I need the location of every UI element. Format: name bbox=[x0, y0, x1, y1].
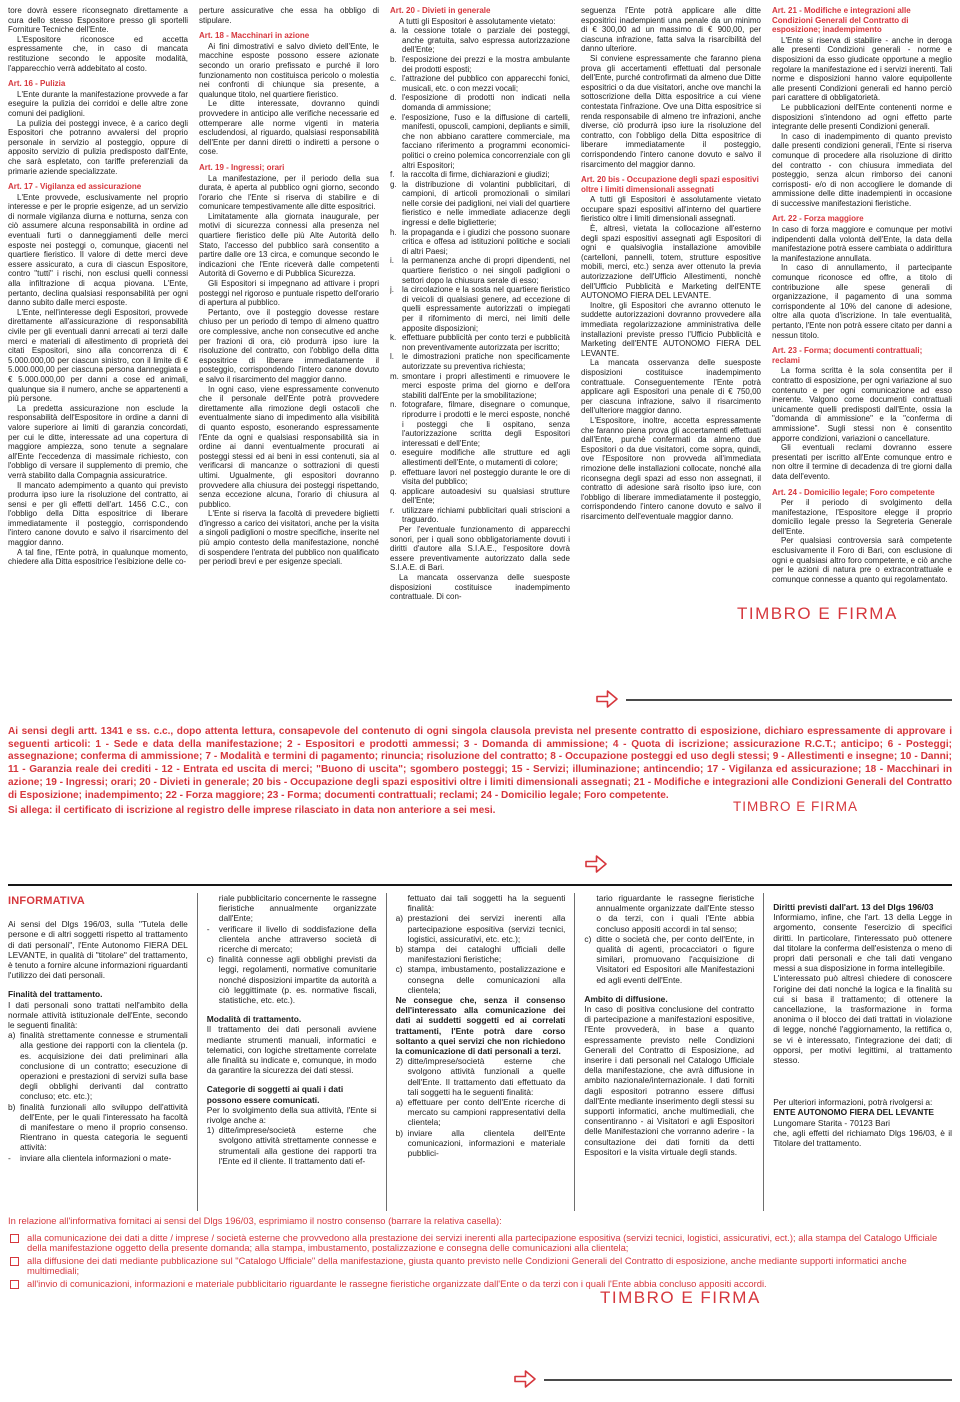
paragraph: Per lo svolgimento della sua attività, l… bbox=[207, 1105, 377, 1125]
article-heading: Art. 19 - Ingressi; orari bbox=[199, 163, 379, 173]
cut-here-arrow-icon bbox=[594, 686, 620, 712]
list-item-text: finalità funzionali allo sviluppo dell'a… bbox=[20, 1102, 188, 1153]
paragraph: Lungomare Starita - 70123 Bari bbox=[773, 1118, 952, 1128]
list-item: a.la cessione totale o parziale dei post… bbox=[390, 26, 570, 55]
list-item: i.la permanenza anche di propri dipenden… bbox=[390, 256, 570, 285]
informativa-section: INFORMATIVAAi sensi del Dlgs 196/03, sul… bbox=[8, 893, 952, 1211]
list-marker: c) bbox=[584, 934, 596, 985]
list-marker: b) bbox=[396, 1128, 408, 1159]
list-item-text: l'esposizione di prodotti non indicati n… bbox=[402, 93, 570, 112]
list-item: j.la circolazione e la sosta nel quartie… bbox=[390, 285, 570, 333]
list-marker: a) bbox=[396, 913, 408, 944]
contract-column-4: seguenza l'Ente potrà applicare alle dit… bbox=[581, 6, 761, 658]
paragraph: A tutti gli Espositori è assolutamente v… bbox=[581, 195, 761, 224]
paragraph: Gli eventuali reclami dovranno essere pr… bbox=[772, 443, 952, 481]
paragraph: tario riguardante le rassegne fieristich… bbox=[584, 893, 754, 934]
list-marker: l. bbox=[390, 352, 402, 371]
list-item-text: l'esposizione dei prezzi e la mostra amb… bbox=[402, 55, 570, 74]
contract-column-1: tore dovrà essere riconsegnato direttame… bbox=[8, 6, 188, 658]
list-item-text: prestazioni dei servizi inerenti alla pa… bbox=[408, 913, 566, 944]
consent-checkbox[interactable] bbox=[10, 1234, 19, 1243]
paragraph: In caso di inadempimento di quanto previ… bbox=[772, 132, 952, 209]
paragraph: Ai fini dimostrativi e salvo divieto del… bbox=[199, 42, 379, 100]
paragraph: I dati personali sono trattati nell'ambi… bbox=[8, 1000, 188, 1031]
list-item: d.l'esposizione di prodotti non indicati… bbox=[390, 93, 570, 112]
bold-paragraph: ENTE AUTONOMO FIERA DEL LEVANTE bbox=[773, 1107, 952, 1117]
paragraph: tore dovrà essere riconsegnato direttame… bbox=[8, 6, 188, 35]
paragraph: La forma scritta è la sola consentita pe… bbox=[772, 366, 952, 443]
paragraph: Per qualsiasi controversia sarà competen… bbox=[772, 536, 952, 584]
consent-intro: In relazione all'informativa fornitaci a… bbox=[8, 1216, 952, 1226]
stamp-signature-label: TIMBRO E FIRMA bbox=[733, 799, 858, 814]
list-item-text: fotografare, filmare, disegnare o comunq… bbox=[402, 400, 570, 448]
paragraph: L'Espositore, inoltre, accetta espressam… bbox=[581, 416, 761, 522]
informativa-title: INFORMATIVA bbox=[8, 896, 188, 906]
paragraph: Inoltre, gli Espositori che avranno otte… bbox=[581, 301, 761, 359]
list-marker: g. bbox=[390, 180, 402, 228]
consent-item-text: alla comunicazione dei dati a ditte / im… bbox=[27, 1233, 952, 1253]
list-marker: a) bbox=[8, 1030, 20, 1101]
list-marker: d. bbox=[390, 93, 402, 112]
list-marker: c) bbox=[207, 954, 219, 1005]
list-marker: 1) bbox=[207, 1125, 219, 1166]
paragraph: In caso di forza maggiore e comunque per… bbox=[772, 225, 952, 263]
paragraph: In caso di annullamento, il partecipante… bbox=[772, 263, 952, 340]
paragraph: Le ditte interessate, dovranno quindi pr… bbox=[199, 99, 379, 157]
article-heading: Art. 22 - Forza maggiore bbox=[772, 214, 952, 224]
list-item: 2)ditte/imprese/società esterne che svol… bbox=[396, 1056, 566, 1097]
bold-paragraph: Ne consegue che, senza il consenso dell'… bbox=[396, 995, 566, 1056]
list-marker: h. bbox=[390, 228, 402, 257]
consent-item-2: alla diffusione dei dati mediante pubbli… bbox=[8, 1256, 952, 1276]
article-heading: Art. 17 - Vigilanza ed assicurazione bbox=[8, 182, 188, 192]
list-marker: a. bbox=[390, 26, 402, 55]
list-marker: j. bbox=[390, 285, 402, 333]
list-item-text: utilizzare richiami pubblicitari quali s… bbox=[402, 506, 570, 525]
subsection-heading: Diritti previsti dall'art. 13 del Dlgs 1… bbox=[773, 902, 952, 912]
paragraph: che, agli effetti del richiamato Dlgs 19… bbox=[773, 1128, 952, 1148]
contract-conditions-page: tore dovrà essere riconsegnato direttame… bbox=[0, 0, 960, 1402]
list-item-text: la cessione totale o parziale dei posteg… bbox=[402, 26, 570, 55]
article-heading: Art. 18 - Macchinari in azione bbox=[199, 31, 379, 41]
list-marker: q. bbox=[390, 487, 402, 506]
list-marker: - bbox=[8, 1153, 20, 1163]
paragraph: seguenza l'Ente potrà applicare alle dit… bbox=[581, 6, 761, 54]
list-marker: k. bbox=[390, 333, 402, 352]
contract-column-3: Art. 20 - Divieti in generaleA tutti gli… bbox=[390, 6, 570, 658]
consent-item-text: all'invio di comunicazioni, informazioni… bbox=[27, 1279, 952, 1289]
consent-item-text: alla diffusione dei dati mediante pubbli… bbox=[27, 1256, 952, 1276]
list-item-text: l'attrazione del pubblico con apparecchi… bbox=[402, 74, 570, 93]
paragraph: Le pubblicazioni dell'Ente contenenti no… bbox=[772, 103, 952, 132]
attachment-note: Si allega: il certificato di iscrizione … bbox=[8, 805, 495, 816]
list-item: o.eseguire modifiche alle strutture ed a… bbox=[390, 448, 570, 467]
list-item: a)finalità strettamente connesse e strum… bbox=[8, 1030, 188, 1101]
contract-articles-section: tore dovrà essere riconsegnato direttame… bbox=[8, 6, 952, 658]
informativa-column-4: tario riguardante le rassegne fieristich… bbox=[574, 893, 763, 1211]
list-item-text: finalità strettamente connesse e strumen… bbox=[20, 1030, 188, 1101]
contract-column-5: Art. 21 - Modifiche e integrazioni alle … bbox=[772, 6, 952, 658]
list-item: g.la distribuzione di volantini pubblici… bbox=[390, 180, 570, 228]
list-marker: o. bbox=[390, 448, 402, 467]
paragraph: Limitatamente alla giornata inaugurale, … bbox=[199, 212, 379, 279]
paragraph: Per l'eventuale funzionamento di apparec… bbox=[390, 525, 570, 573]
list-marker: p. bbox=[390, 468, 402, 487]
paragraph: Gli Espositori si impegnano ad attivare … bbox=[199, 279, 379, 308]
list-item-text: l'esposizione, l'uso e la diffusione di … bbox=[402, 113, 570, 171]
paragraph: La mancata osservanza delle suesposte di… bbox=[390, 573, 570, 602]
list-item-text: effettuare per conto dell'Ente ricerche … bbox=[408, 1097, 566, 1128]
list-item-text: la propaganda e i giudizi che possono su… bbox=[402, 228, 570, 257]
paragraph: Informiamo, infine, che l'art. 13 della … bbox=[773, 912, 952, 973]
paragraph: L'Ente, nell'interesse degli Espositori,… bbox=[8, 308, 188, 404]
list-item: c)finalità connesse agli obblighi previs… bbox=[207, 954, 377, 1005]
list-item: l.le dimostrazioni pratiche non specific… bbox=[390, 352, 570, 371]
list-item-text: verificare il livello di soddisfazione d… bbox=[219, 924, 377, 955]
article-heading: Art. 16 - Pulizia bbox=[8, 79, 188, 89]
list-marker: f. bbox=[390, 170, 402, 180]
list-marker: 2) bbox=[396, 1056, 408, 1097]
section-divider-rule bbox=[8, 884, 952, 886]
list-item-text: stampa dei cataloghi ufficiali delle man… bbox=[408, 944, 566, 964]
list-item-text: la distribuzione di volantini pubblicita… bbox=[402, 180, 570, 228]
paragraph: Pertanto, ove il posteggio dovesse resta… bbox=[199, 308, 379, 385]
paragraph: In ogni caso, viene espressamente conven… bbox=[199, 385, 379, 510]
list-item: b.l'esposizione dei prezzi e la mostra a… bbox=[390, 55, 570, 74]
list-item: c)stampa, imbustamento, postalizzazione … bbox=[396, 964, 566, 995]
subsection-heading: Finalità del trattamento. bbox=[8, 989, 188, 999]
list-item-text: finalità connesse agli obblighi previsti… bbox=[219, 954, 377, 1005]
paragraph: L'Ente si riserva la facoltà di preveder… bbox=[199, 509, 379, 567]
list-marker: c. bbox=[390, 74, 402, 93]
list-item-text: applicare autoadesivi su qualsiasi strut… bbox=[402, 487, 570, 506]
list-item: r.utilizzare richiami pubblicitari quali… bbox=[390, 506, 570, 525]
list-marker: b) bbox=[396, 944, 408, 964]
paragraph: La pulizia dei posteggi invece, è a cari… bbox=[8, 119, 188, 177]
paragraph: fettuato dai tali soggetti ha la seguent… bbox=[396, 893, 566, 913]
list-item-text: le dimostrazioni pratiche non specificam… bbox=[402, 352, 570, 371]
cut-line bbox=[544, 1379, 952, 1381]
list-marker: c) bbox=[396, 964, 408, 995]
list-item: p.effettuare lavori nel posteggio durant… bbox=[390, 468, 570, 487]
list-item: f.la raccolta di firme, dichiarazioni e … bbox=[390, 170, 570, 180]
stamp-signature-label: TIMBRO E FIRMA bbox=[737, 604, 898, 624]
article-heading: Art. 24 - Domicilio legale; Foro compete… bbox=[772, 488, 952, 498]
informativa-column-2: riale pubblicitario concernente le rasse… bbox=[197, 893, 386, 1211]
list-item: q.applicare autoadesivi su qualsiasi str… bbox=[390, 487, 570, 506]
paragraph: La predetta assicurazione non esclude la… bbox=[8, 404, 188, 481]
approval-clause-text: Ai sensi degli artt. 1341 e ss. c.c., do… bbox=[8, 726, 952, 802]
list-item-text: ditte o società che, per conto dell'Ente… bbox=[596, 934, 754, 985]
paragraph: Per il periodo di svolgimento della mani… bbox=[772, 498, 952, 536]
list-item: c)ditte o società che, per conto dell'En… bbox=[584, 934, 754, 985]
list-marker: e. bbox=[390, 113, 402, 171]
list-item: -inviare alla clientela informazioni o m… bbox=[8, 1153, 188, 1163]
list-item: b)finalità funzionali allo sviluppo dell… bbox=[8, 1102, 188, 1153]
list-item: -verificare il livello di soddisfazione … bbox=[207, 924, 377, 955]
consent-checkbox[interactable] bbox=[10, 1257, 19, 1266]
cut-here-arrow-icon bbox=[583, 851, 609, 877]
consent-checkbox[interactable] bbox=[10, 1280, 19, 1289]
paragraph: Si conviene espressamente che faranno pi… bbox=[581, 54, 761, 169]
list-marker: a) bbox=[396, 1097, 408, 1128]
paragraph: L'Ente durante la manifestazione provved… bbox=[8, 90, 188, 119]
list-item: n.fotografare, filmare, disegnare o comu… bbox=[390, 400, 570, 448]
list-item-text: la permanenza anche di propri dipendenti… bbox=[402, 256, 570, 285]
list-marker: r. bbox=[390, 506, 402, 525]
paragraph: La manifestazione, per il periodo della … bbox=[199, 174, 379, 212]
list-item-text: ditte/imprese/società esterne che svolgo… bbox=[219, 1125, 377, 1166]
list-marker: b. bbox=[390, 55, 402, 74]
paragraph: A tutti gli Espositori è assolutamente v… bbox=[390, 17, 570, 27]
list-marker: - bbox=[207, 924, 219, 955]
list-marker: b) bbox=[8, 1102, 20, 1153]
article-heading: Art. 23 - Forma; documenti contrattuali;… bbox=[772, 346, 952, 365]
list-item: h.la propaganda e i giudizi che possono … bbox=[390, 228, 570, 257]
paragraph: riale pubblicitario concernente le rasse… bbox=[207, 893, 377, 924]
list-item: c.l'attrazione del pubblico con apparecc… bbox=[390, 74, 570, 93]
list-item: b)inviare alla clientela dell'Ente comun… bbox=[396, 1128, 566, 1159]
list-item-text: eseguire modifiche alle strutture ed agl… bbox=[402, 448, 570, 467]
consent-item-3: all'invio di comunicazioni, informazioni… bbox=[8, 1279, 952, 1289]
list-item-text: smontare i propri allestimenti e rimuove… bbox=[402, 372, 570, 401]
informativa-column-3: fettuato dai tali soggetti ha la seguent… bbox=[386, 893, 575, 1211]
article-heading: Art. 20 - Divieti in generale bbox=[390, 6, 570, 16]
list-item-text: effettuare pubblicità per conto terzi e … bbox=[402, 333, 570, 352]
list-item: e.l'esposizione, l'uso e la diffusione d… bbox=[390, 113, 570, 171]
subsection-heading: Ambito di diffusione. bbox=[584, 994, 754, 1004]
paragraph: L'Ente si riserva di stabilire - anche i… bbox=[772, 36, 952, 103]
contract-column-2: perture assicurative che essa ha obbligo… bbox=[199, 6, 379, 658]
list-item: a)prestazioni dei servizi inerenti alla … bbox=[396, 913, 566, 944]
article-heading: Art. 21 - Modifiche e integrazioni alle … bbox=[772, 6, 952, 35]
paragraph: La mancata osservanza delle suesposte di… bbox=[581, 358, 761, 416]
list-item-text: effettuare lavori nel posteggio durante … bbox=[402, 468, 570, 487]
paragraph: A tal fine, l'Ente potrà, in qualunque m… bbox=[8, 548, 188, 567]
paragraph: Per ulteriori informazioni, potrà rivolg… bbox=[773, 1097, 952, 1107]
paragraph: È, altresì, vietata la collocazione all'… bbox=[581, 224, 761, 301]
paragraph: perture assicurative che essa ha obbligo… bbox=[199, 6, 379, 25]
list-marker: i. bbox=[390, 256, 402, 285]
informativa-column-5: Diritti previsti dall'art. 13 del Dlgs 1… bbox=[763, 893, 952, 1211]
list-item: a)effettuare per conto dell'Ente ricerch… bbox=[396, 1097, 566, 1128]
list-marker: n. bbox=[390, 400, 402, 448]
list-item-text: la circolazione e la sosta nel quartiere… bbox=[402, 285, 570, 333]
cut-here-arrow-icon bbox=[512, 1366, 538, 1392]
paragraph: L'interessato può altresì chiedere di co… bbox=[773, 973, 952, 1065]
subsection-heading: Categorie di soggetti ai quali i dati po… bbox=[207, 1084, 377, 1104]
subsection-heading: Modalità di trattamento. bbox=[207, 1014, 377, 1024]
consent-item-1: alla comunicazione dei dati a ditte / im… bbox=[8, 1233, 952, 1253]
list-item: k.effettuare pubblicità per conto terzi … bbox=[390, 333, 570, 352]
list-item: 1)ditte/imprese/società esterne che svol… bbox=[207, 1125, 377, 1166]
stamp-signature-label: TIMBRO E FIRMA bbox=[600, 1288, 761, 1308]
list-item-text: inviare alla clientela dell'Ente comunic… bbox=[408, 1128, 566, 1159]
list-item-text: ditte/imprese/società esterne che svolgo… bbox=[408, 1056, 566, 1097]
informativa-column-1: INFORMATIVAAi sensi del Dlgs 196/03, sul… bbox=[8, 893, 197, 1211]
paragraph: Il trattamento dei dati personali avvien… bbox=[207, 1024, 377, 1075]
list-item: m.smontare i propri allestimenti e rimuo… bbox=[390, 372, 570, 401]
list-item: b)stampa dei cataloghi ufficiali delle m… bbox=[396, 944, 566, 964]
cut-line bbox=[626, 699, 952, 701]
list-item-text: stampa, imbustamento, postalizzazione e … bbox=[408, 964, 566, 995]
article-heading: Art. 20 bis - Occupazione degli spazi es… bbox=[581, 175, 761, 194]
list-marker: m. bbox=[390, 372, 402, 401]
consent-section: In relazione all'informativa fornitaci a… bbox=[8, 1216, 952, 1292]
list-item-text: inviare alla clientela informazioni o ma… bbox=[20, 1153, 188, 1163]
paragraph: Ai sensi del Dlgs 196/03, sulla "Tutela … bbox=[8, 919, 188, 980]
consent-items: alla comunicazione dei dati a ditte / im… bbox=[8, 1233, 952, 1289]
list-item-text: la raccolta di firme, dichiarazioni e gi… bbox=[402, 170, 570, 180]
paragraph: L'Ente provvede, esclusivamente nel prop… bbox=[8, 193, 188, 308]
paragraph: Il mancato adempimento a quanto qui prev… bbox=[8, 481, 188, 548]
paragraph: L'Espositore riconosce ed accetta espres… bbox=[8, 35, 188, 73]
paragraph: In caso di positiva conclusione del cont… bbox=[584, 1004, 754, 1157]
